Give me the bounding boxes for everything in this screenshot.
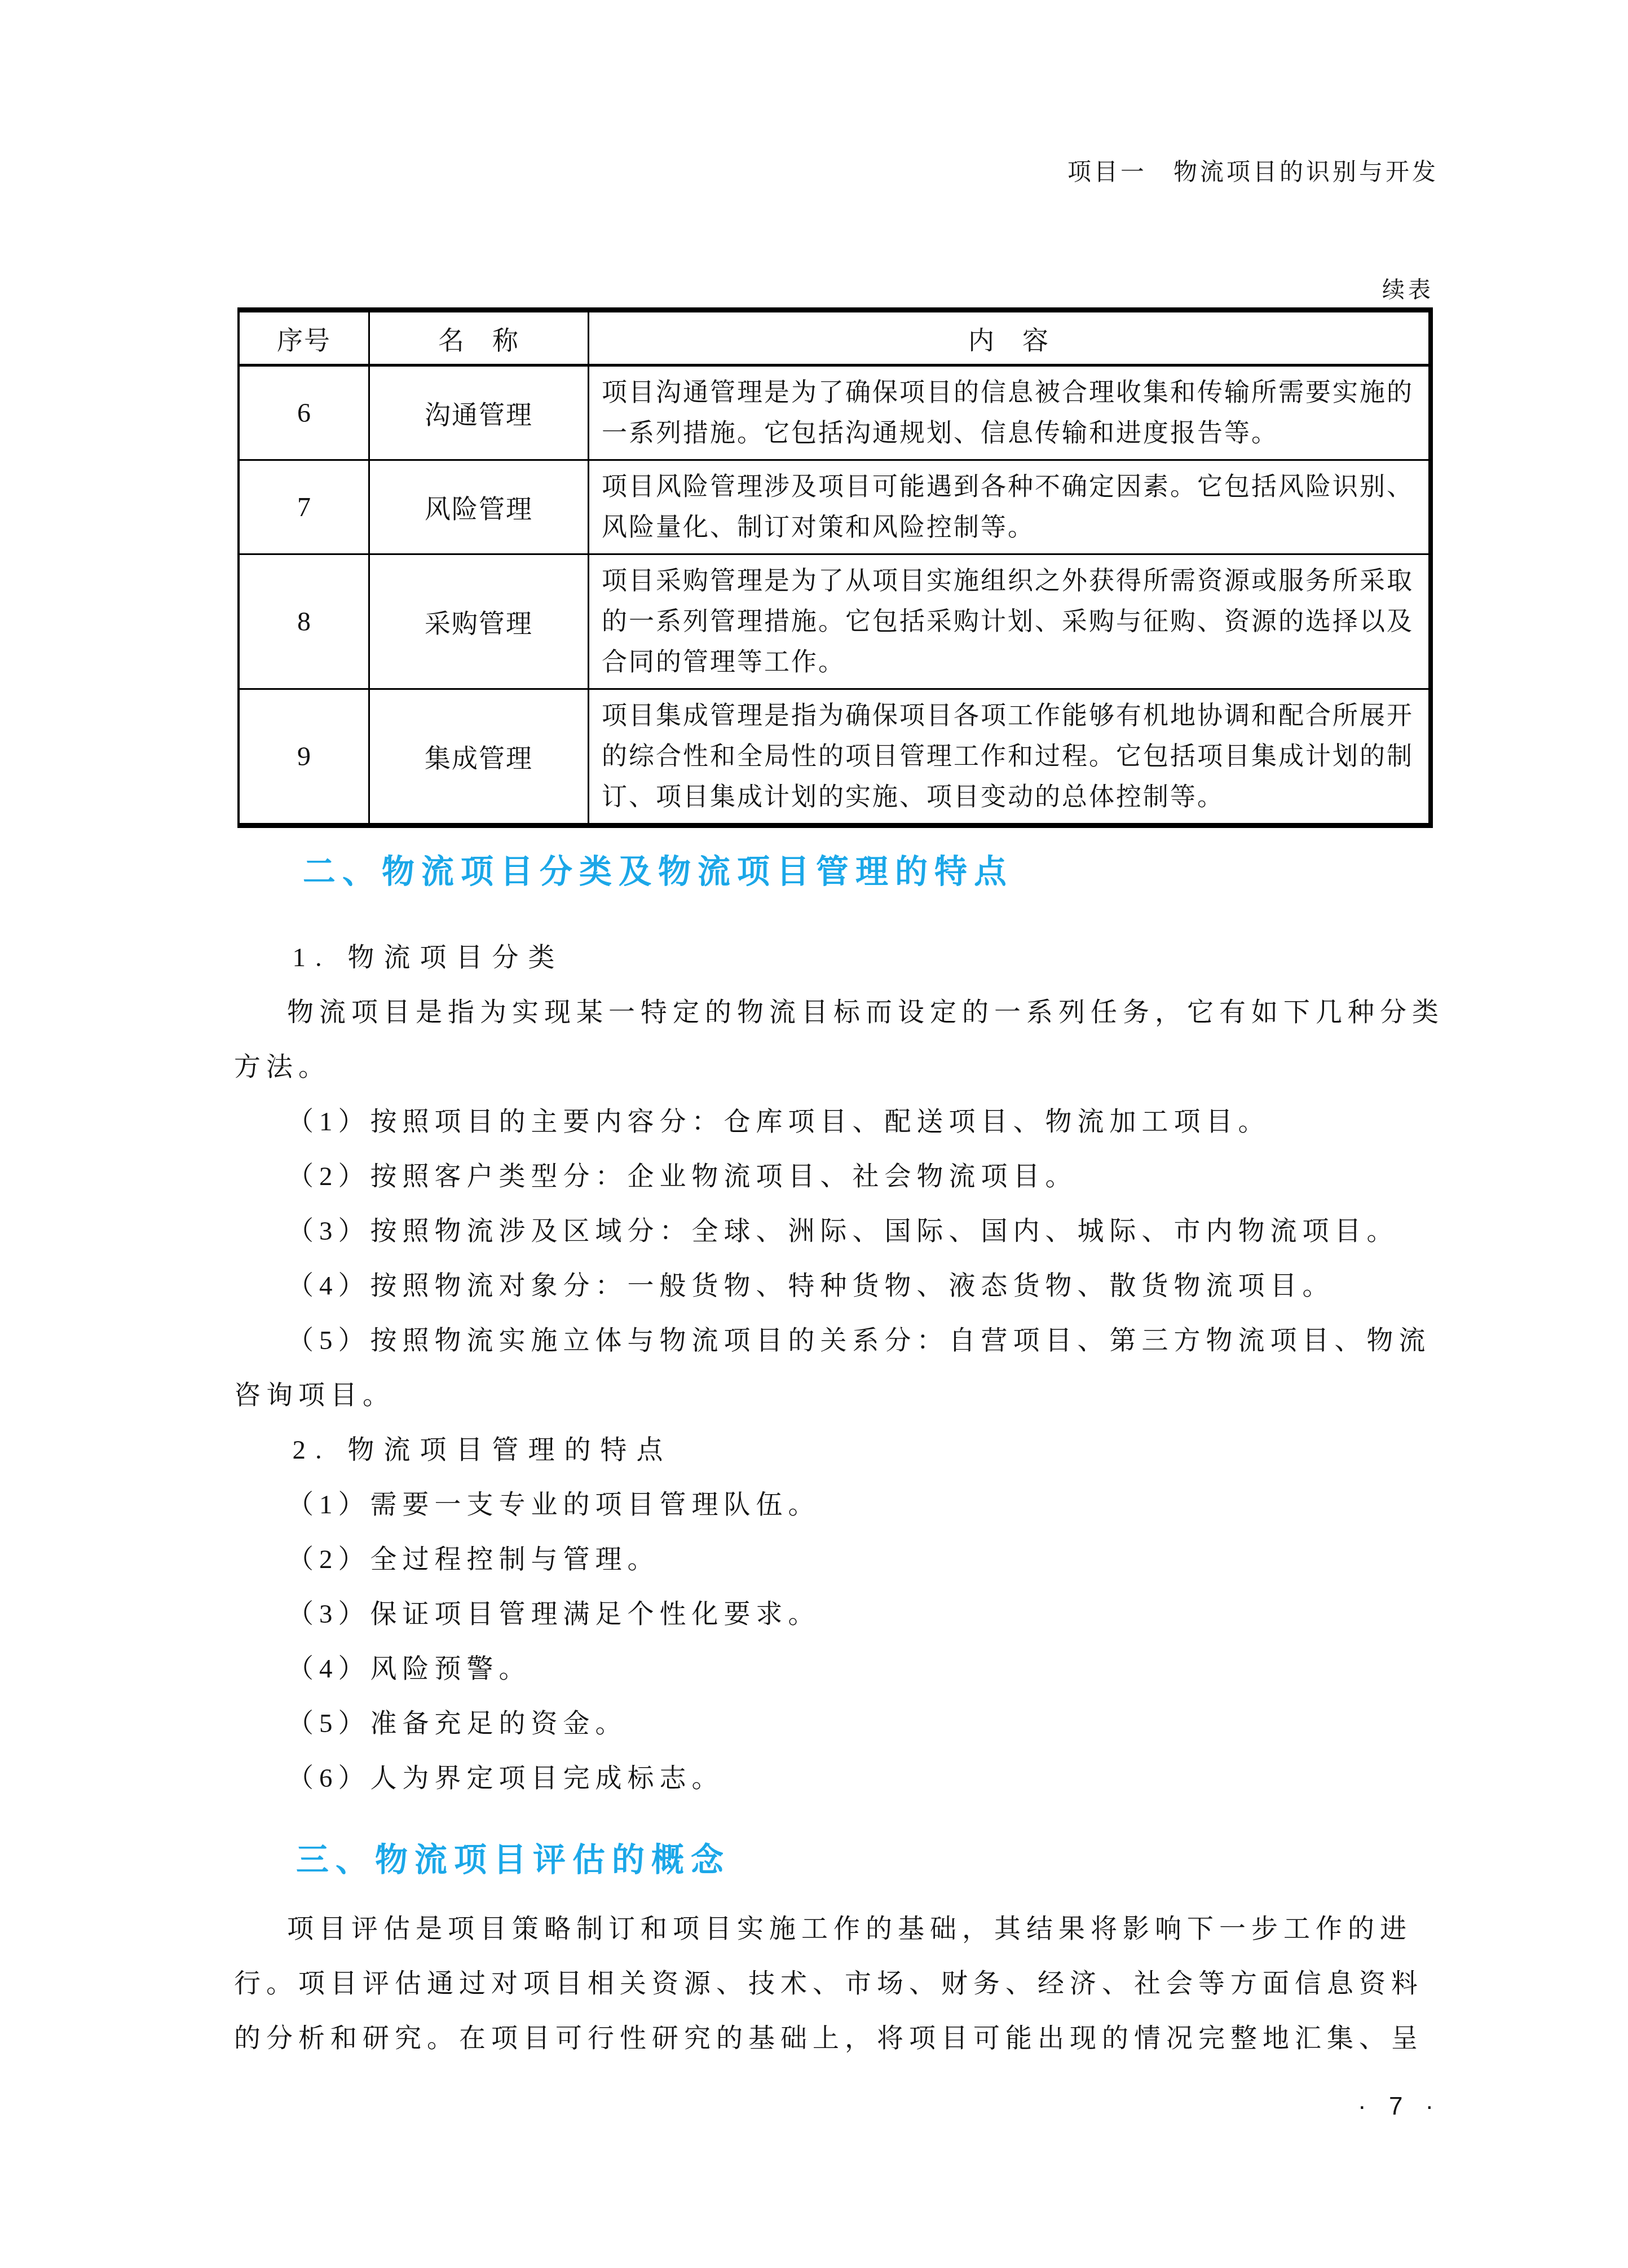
row-content: 项目沟通管理是为了确保项目的信息被合理收集和传输所需要实施的一系列措施。它包括沟… [589, 365, 1431, 460]
table-row: 6 沟通管理 项目沟通管理是为了确保项目的信息被合理收集和传输所需要实施的一系列… [239, 365, 1431, 460]
list-item: （4）风险预警。 [234, 1642, 1452, 1697]
list-item: （1）需要一支专业的项目管理队伍。 [234, 1478, 1452, 1532]
column-header-name: 名 称 [369, 310, 589, 365]
paragraph-evaluation: 项目评估是项目策略制订和项目实施工作的基础，其结果将影响下一步工作的进行。项目评… [234, 1902, 1455, 2066]
document-page: 项目一 物流项目的识别与开发 续表 序号 名 称 内 容 6 沟通管理 项目沟通… [0, 0, 1628, 2268]
list-item: （3）按照物流涉及区域分：全球、洲际、国际、国内、城际、市内物流项目。 [234, 1204, 1452, 1259]
continued-table-label: 续表 [1382, 272, 1434, 304]
management-areas-table: 序号 名 称 内 容 6 沟通管理 项目沟通管理是为了确保项目的信息被合理收集和… [237, 307, 1433, 828]
list-item: （2）全过程控制与管理。 [234, 1532, 1452, 1587]
list-item: （5）按照物流实施立体与物流项目的关系分：自营项目、第三方物流项目、物流咨询项目… [234, 1314, 1452, 1423]
list-item: （4）按照物流对象分：一般货物、特种货物、液态货物、散货物流项目。 [234, 1259, 1452, 1314]
row-no: 9 [239, 689, 369, 826]
row-no: 8 [239, 554, 369, 689]
list-item: （3）保证项目管理满足个性化要求。 [234, 1587, 1452, 1642]
table-row: 8 采购管理 项目采购管理是为了从项目实施组织之外获得所需资源或服务所采取的一系… [239, 554, 1431, 689]
row-name: 沟通管理 [369, 365, 589, 460]
section-heading-classification: 二、物流项目分类及物流项目管理的特点 [303, 845, 1013, 892]
column-header-content: 内 容 [589, 310, 1431, 365]
list-item: （1）按照项目的主要内容分：仓库项目、配送项目、物流加工项目。 [234, 1095, 1452, 1150]
list-item: （5）准备充足的资金。 [234, 1697, 1452, 1751]
subheading-characteristics: 2. 物流项目管理的特点 [234, 1423, 1452, 1478]
row-name: 集成管理 [369, 689, 589, 826]
subheading-classification: 1. 物流项目分类 [234, 931, 1452, 985]
column-header-no: 序号 [239, 310, 369, 365]
table-row: 7 风险管理 项目风险管理涉及项目可能遇到各种不确定因素。它包括风险识别、风险量… [239, 460, 1431, 554]
section2-body: 1. 物流项目分类 物流项目是指为实现某一特定的物流目标而设定的一系列任务，它有… [234, 931, 1452, 1806]
section-heading-evaluation: 三、物流项目评估的概念 [296, 1833, 730, 1881]
row-content: 项目采购管理是为了从项目实施组织之外获得所需资源或服务所采取的一系列管理措施。它… [589, 554, 1431, 689]
table-header-row: 序号 名 称 内 容 [239, 310, 1431, 365]
row-no: 7 [239, 460, 369, 554]
paragraph-classification-intro: 物流项目是指为实现某一特定的物流目标而设定的一系列任务，它有如下几种分类方法。 [234, 985, 1452, 1095]
row-name: 采购管理 [369, 554, 589, 689]
table-row: 9 集成管理 项目集成管理是指为确保项目各项工作能够有机地协调和配合所展开的综合… [239, 689, 1431, 826]
row-name: 风险管理 [369, 460, 589, 554]
running-header: 项目一 物流项目的识别与开发 [1067, 153, 1439, 187]
row-content: 项目集成管理是指为确保项目各项工作能够有机地协调和配合所展开的综合性和全局性的项… [589, 689, 1431, 826]
row-content: 项目风险管理涉及项目可能遇到各种不确定因素。它包括风险识别、风险量化、制订对策和… [589, 460, 1431, 554]
list-item: （6）人为界定项目完成标志。 [234, 1751, 1452, 1806]
list-item: （2）按照客户类型分：企业物流项目、社会物流项目。 [234, 1150, 1452, 1204]
page-number: · 7 · [1358, 2093, 1441, 2121]
row-no: 6 [239, 365, 369, 460]
